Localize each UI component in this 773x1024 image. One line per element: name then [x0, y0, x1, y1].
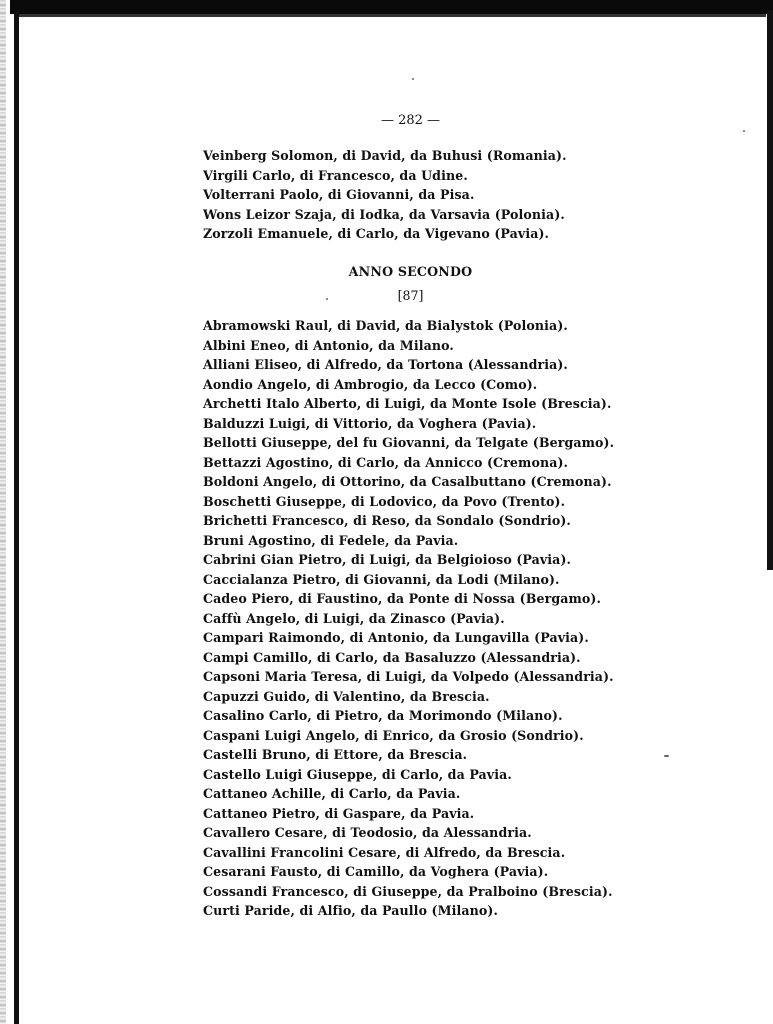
list-item: Balduzzi Luigi, di Vittorio, da Voghera … [203, 414, 623, 434]
scan-left-border [14, 10, 19, 1024]
list-item: Cadeo Piero, di Faustino, da Ponte di No… [203, 589, 623, 609]
list-item: Campi Camillo, di Carlo, da Basaluzzo (A… [203, 648, 623, 668]
list-item: Cavallini Francolini Cesare, di Alfredo,… [203, 843, 623, 863]
list-item: Casalino Carlo, di Pietro, da Morimondo … [203, 706, 623, 726]
list-item: Capsoni Maria Teresa, di Luigi, da Volpe… [203, 667, 623, 687]
list-item: Zorzoli Emanuele, di Carlo, da Vigevano … [203, 224, 623, 244]
list-item: Wons Leizor Szaja, di Iodka, da Varsavia… [203, 205, 623, 225]
list-item: Boldoni Angelo, di Ottorino, da Casalbut… [203, 472, 623, 492]
list-item: Castello Luigi Giuseppe, di Carlo, da Pa… [203, 765, 623, 785]
list-item: Caffù Angelo, di Luigi, da Zinasco (Pavi… [203, 609, 623, 629]
scan-speck [743, 130, 745, 132]
list-item: Bellotti Giuseppe, del fu Giovanni, da T… [203, 433, 623, 453]
scan-top-border-line [14, 14, 766, 17]
list-item: Caspani Luigi Angelo, di Enrico, da Gros… [203, 726, 623, 746]
list-item: Cossandi Francesco, di Giuseppe, da Pral… [203, 882, 623, 902]
list-item: Cattaneo Pietro, di Gaspare, da Pavia. [203, 804, 623, 824]
list-item: Albini Eneo, di Antonio, da Milano. [203, 336, 623, 356]
list-item: Virgili Carlo, di Francesco, da Udine. [203, 166, 623, 186]
scan-speck [326, 298, 328, 300]
list-item: Campari Raimondo, di Antonio, da Lungavi… [203, 628, 623, 648]
list-item: Bettazzi Agostino, di Carlo, da Annicco … [203, 453, 623, 473]
list-item: Veinberg Solomon, di David, da Buhusi (R… [203, 146, 623, 166]
scan-edge-noise [0, 0, 6, 1024]
list-item: Brichetti Francesco, di Reso, da Sondalo… [203, 511, 623, 531]
previous-section-list: Veinberg Solomon, di David, da Buhusi (R… [203, 146, 623, 244]
list-item: Curti Paride, di Alfio, da Paullo (Milan… [203, 901, 623, 921]
list-item: Aondio Angelo, di Ambrogio, da Lecco (Co… [203, 375, 623, 395]
section-list: Abramowski Raul, di David, da Bialystok … [203, 316, 623, 921]
list-item: Capuzzi Guido, di Valentino, da Brescia. [203, 687, 623, 707]
scan-speck [562, 562, 564, 564]
list-item: Caccialanza Pietro, di Giovanni, da Lodi… [203, 570, 623, 590]
list-item: Cattaneo Achille, di Carlo, da Pavia. [203, 784, 623, 804]
list-item: Cavallero Cesare, di Teodosio, da Alessa… [203, 823, 623, 843]
section-title: ANNO SECONDO [0, 264, 773, 279]
page-number: — 282 — [0, 113, 773, 128]
list-item: Castelli Bruno, di Ettore, da Brescia. [203, 745, 623, 765]
section-count: [87] [0, 288, 773, 303]
list-item: Boschetti Giuseppe, di Lodovico, da Povo… [203, 492, 623, 512]
list-item: Archetti Italo Alberto, di Luigi, da Mon… [203, 394, 623, 414]
list-item: Cabrini Gian Pietro, di Luigi, da Belgio… [203, 550, 623, 570]
list-item: Volterrani Paolo, di Giovanni, da Pisa. [203, 185, 623, 205]
list-item: Cesarani Fausto, di Camillo, da Voghera … [203, 862, 623, 882]
list-item: Bruni Agostino, di Fedele, da Pavia. [203, 531, 623, 551]
scan-speck [412, 78, 414, 80]
scan-speck [664, 755, 669, 757]
list-item: Abramowski Raul, di David, da Bialystok … [203, 316, 623, 336]
list-item: Alliani Eliseo, di Alfredo, da Tortona (… [203, 355, 623, 375]
scan-top-border [10, 0, 773, 14]
